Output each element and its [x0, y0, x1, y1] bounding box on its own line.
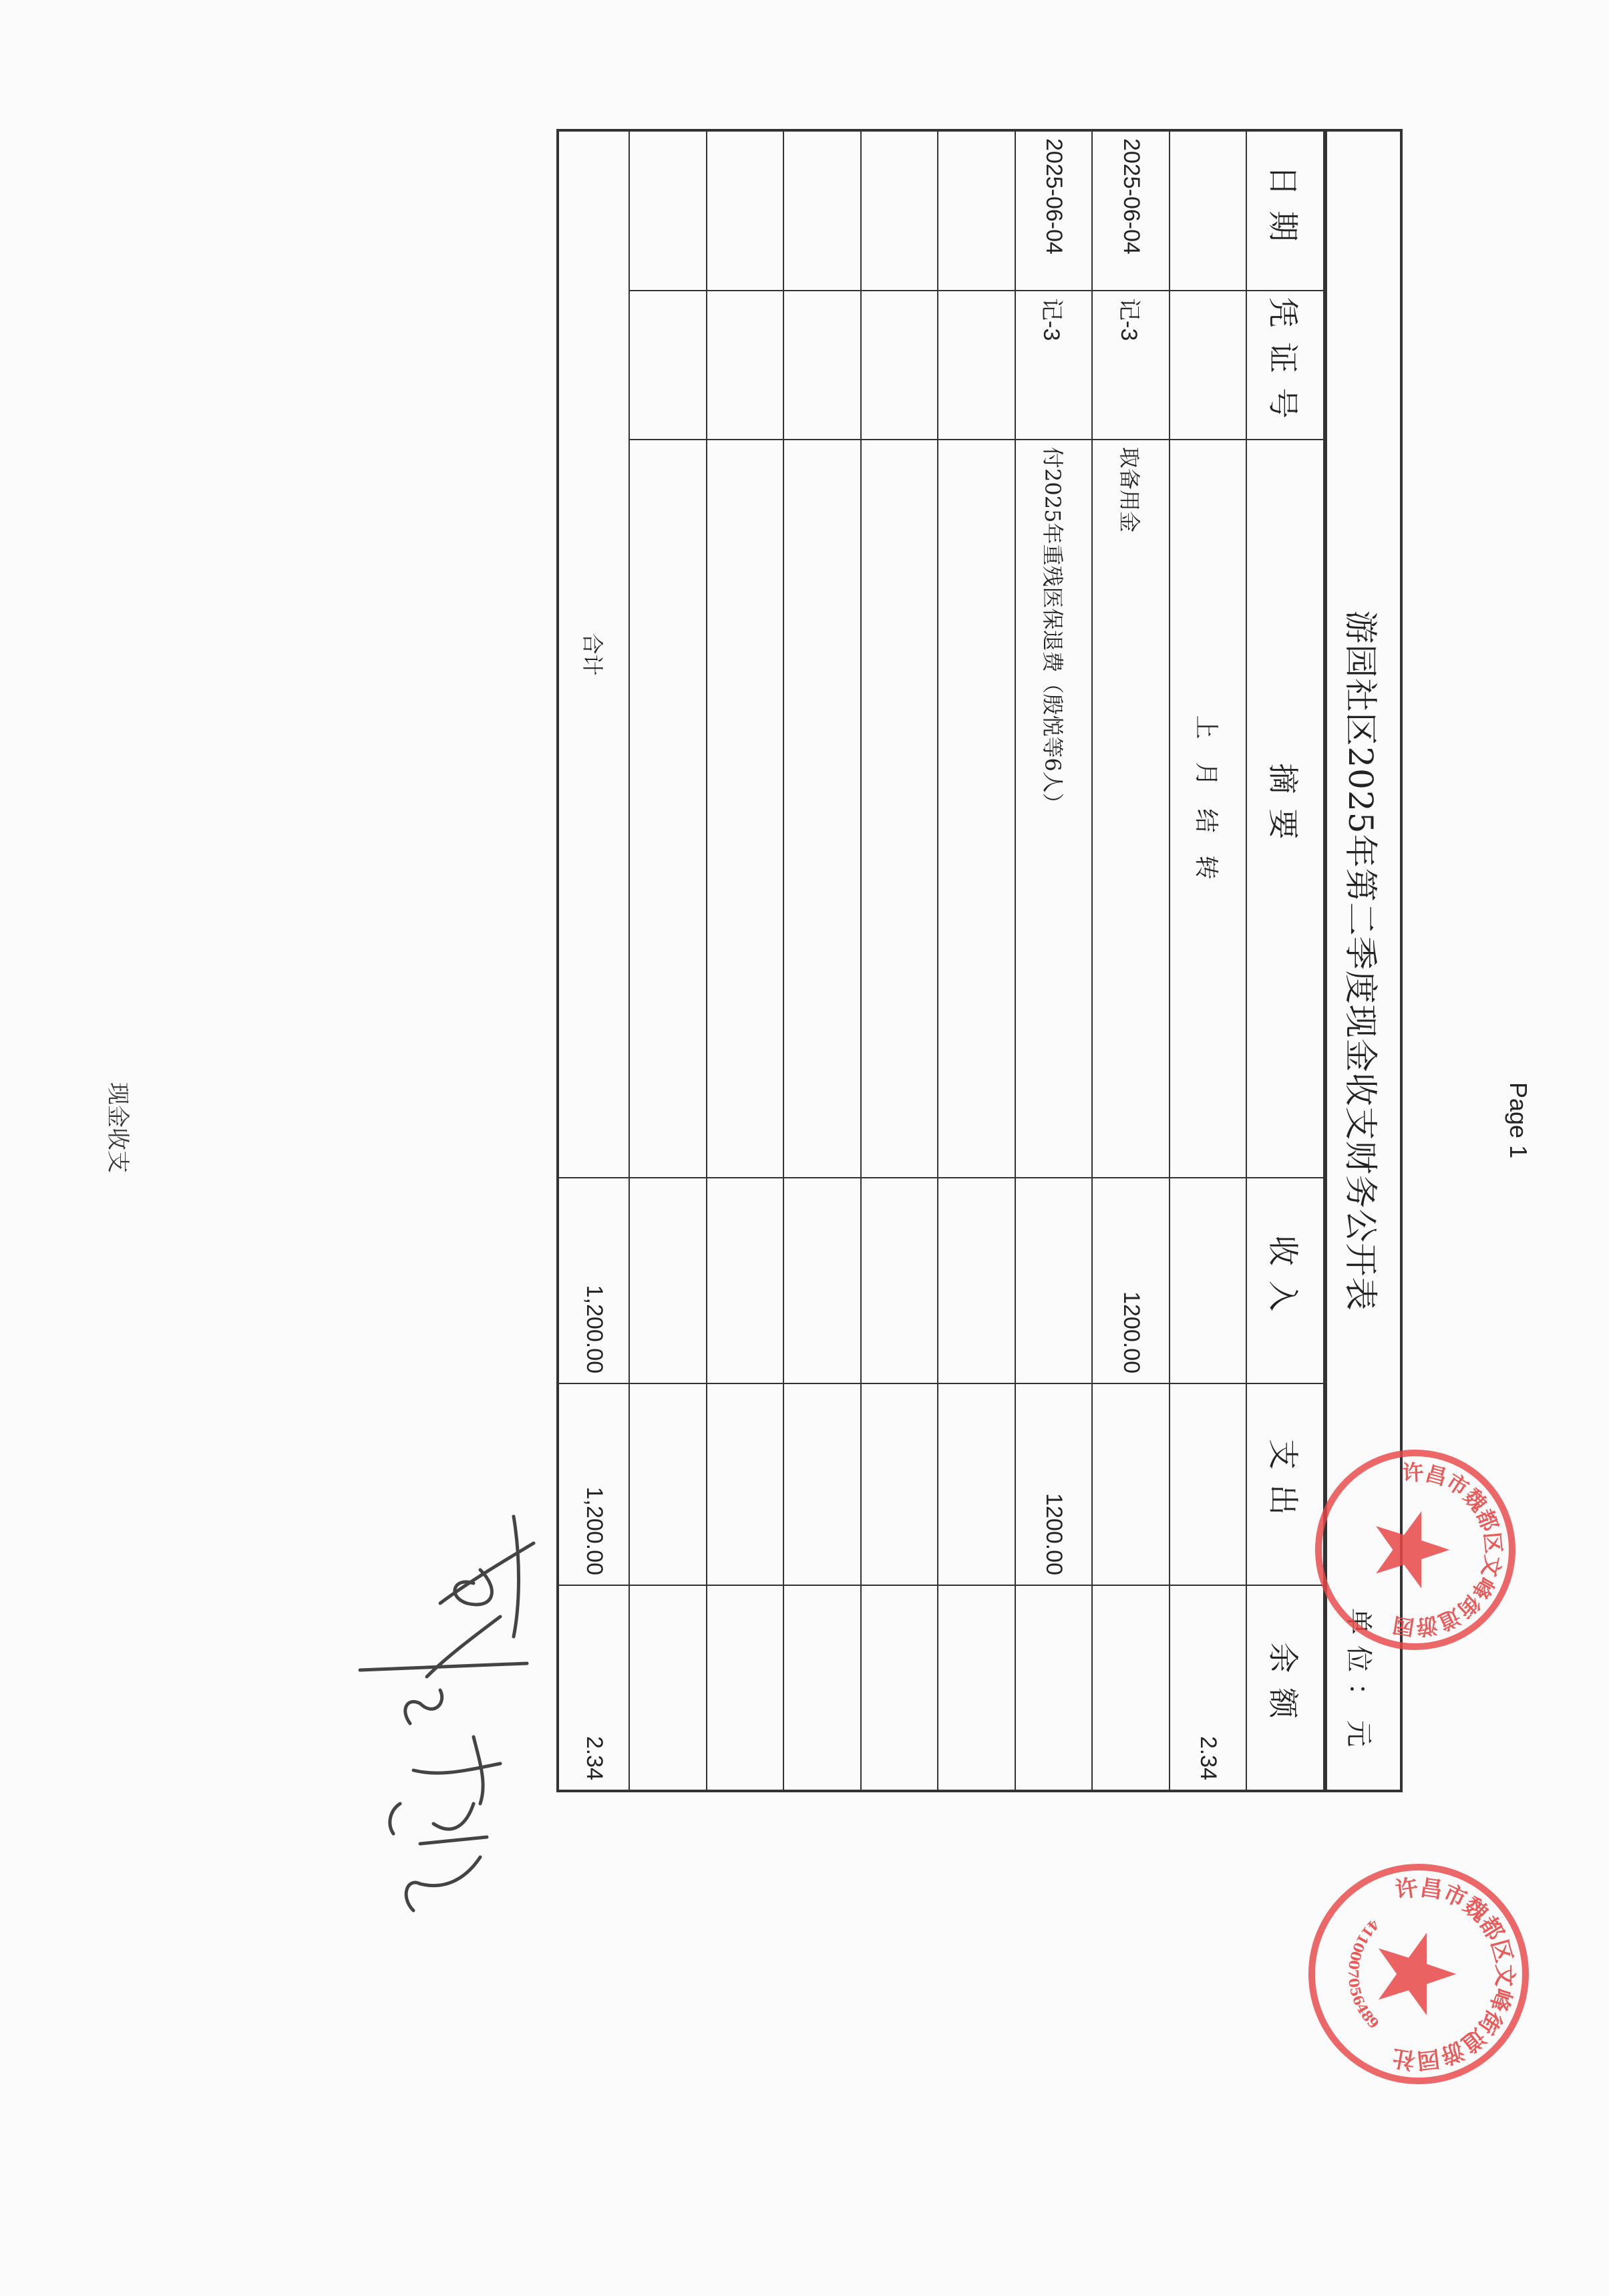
table-cell-summary [629, 440, 707, 1178]
table-cell-voucher [938, 291, 1015, 440]
table-cell-income [860, 1178, 938, 1384]
total-balance: 2.34 [559, 1586, 629, 1790]
total-income: 1,200.00 [559, 1178, 629, 1384]
handwritten-signature-1 [340, 1503, 540, 1744]
table-cell-summary: 上月结转 [1169, 440, 1246, 1178]
table-cell-expense: 1200.00 [1015, 1384, 1092, 1586]
table-cell-income [1015, 1178, 1092, 1384]
cash-ledger-table: 游园社区2025年第二季度现金收支财务公开表 单位：元 日期凭证号摘要收入支出余… [556, 129, 1403, 1792]
table-cell-date [860, 132, 938, 291]
svg-text:4110007056489: 4110007056489 [1345, 1916, 1382, 2032]
table-cell-income [783, 1178, 861, 1384]
column-header-voucher: 凭证号 [1246, 291, 1324, 440]
column-header-summary: 摘要 [1246, 440, 1324, 1178]
table-cell-balance [629, 1586, 707, 1790]
total-label: 合计 [559, 132, 629, 1178]
table-cell-voucher [783, 291, 861, 440]
seal-star-icon: 许昌市魏都区文峰街道游园社区居民委员会 [1322, 1456, 1509, 1643]
table-cell-expense [860, 1384, 938, 1586]
table-cell-summary: 付2025年重残医保退费（殷悦等6人） [1015, 440, 1092, 1178]
total-expense: 1,200.00 [559, 1384, 629, 1586]
header-label: 现金收支 [104, 1082, 136, 1173]
table-cell-date [938, 132, 1015, 291]
official-seal-on-table: 许昌市魏都区文峰街道游园社区居民委员会 [1315, 1450, 1515, 1650]
document-page: 现金收支 游园社区2025年第二季度现金收支财务公开表 单位：元 日期凭证号摘要… [0, 0, 1609, 2296]
table-cell-voucher [629, 291, 707, 440]
table-cell-income [706, 1178, 783, 1384]
table-cell-voucher: 记-3 [1092, 291, 1170, 440]
table-cell-balance [706, 1586, 783, 1790]
table-cell-expense [1169, 1384, 1246, 1586]
table-cell-summary [783, 440, 861, 1178]
table-cell-voucher [1169, 291, 1246, 440]
table-cell-income [938, 1178, 1015, 1384]
official-seal-bottom: 许昌市魏都区文峰街道游园社区居民委员会 4110007056489 [1308, 1864, 1529, 2084]
table-cell-expense [629, 1384, 707, 1586]
table-cell-balance: 2.34 [1169, 1586, 1246, 1790]
page-number: Page 1 [1504, 1082, 1532, 1158]
table-cell-balance [1092, 1586, 1170, 1790]
table-cell-balance [938, 1586, 1015, 1790]
table-cell-voucher: 记-3 [1015, 291, 1092, 440]
table-cell-date [706, 132, 783, 291]
table-cell-income [1169, 1178, 1246, 1384]
table-cell-balance [860, 1586, 938, 1790]
table-cell-date [1169, 132, 1246, 291]
column-header-expense: 支出 [1246, 1384, 1324, 1586]
column-header-date: 日期 [1246, 132, 1324, 291]
table-cell-balance [783, 1586, 861, 1790]
table-cell-date: 2025-06-04 [1015, 132, 1092, 291]
column-header-income: 收入 [1246, 1178, 1324, 1384]
table-cell-income [629, 1178, 707, 1384]
seal-star-icon: 许昌市魏都区文峰街道游园社区居民委员会 4110007056489 [1315, 1870, 1522, 2078]
column-header-balance: 余额 [1246, 1586, 1324, 1790]
table-cell-expense [783, 1384, 861, 1586]
table-cell-expense [938, 1384, 1015, 1586]
table-cell-date: 2025-06-04 [1092, 132, 1170, 291]
handwritten-signature-2 [380, 1724, 514, 1924]
table-cell-date [783, 132, 861, 291]
table-cell-summary [860, 440, 938, 1178]
table-cell-summary: 取备用金 [1092, 440, 1170, 1178]
table-cell-summary [706, 440, 783, 1178]
table-cell-balance [1015, 1586, 1092, 1790]
table-cell-date [629, 132, 707, 291]
table-cell-voucher [706, 291, 783, 440]
table-cell-expense [1092, 1384, 1170, 1586]
table-cell-voucher [860, 291, 938, 440]
table-cell-income: 1200.00 [1092, 1178, 1170, 1384]
table-cell-summary [938, 440, 1015, 1178]
table-cell-expense [706, 1384, 783, 1586]
